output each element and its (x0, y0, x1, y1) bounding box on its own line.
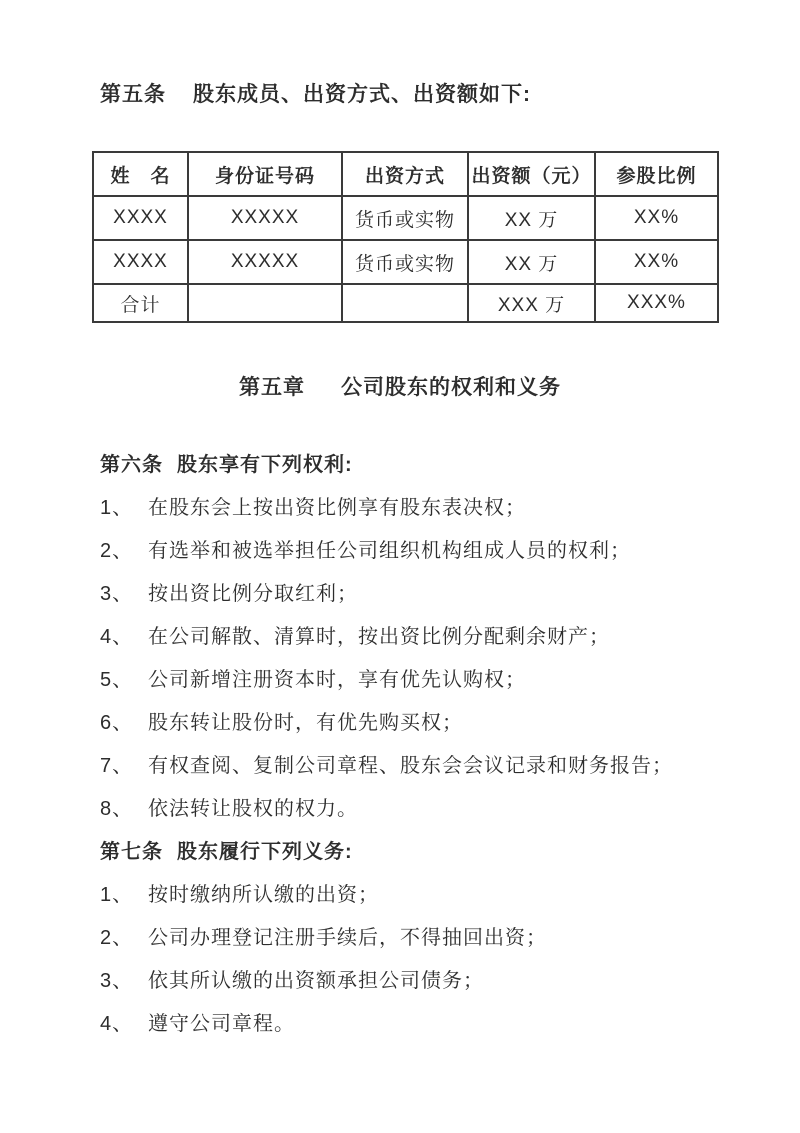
article-6-item-4: 4、在公司解散、清算时，按出资比例分配剩余财产； (100, 627, 740, 648)
item-number: 4、 (100, 1014, 148, 1035)
article-5-heading: 第五条股东成员、出资方式、出资额如下: (100, 78, 531, 108)
cell-contribution-amount: XX 万 (468, 196, 595, 240)
item-number: 1、 (100, 498, 148, 519)
header-contribution-amount: 出资额（元） (468, 152, 595, 196)
cell-total-amount: XXX 万 (468, 284, 595, 322)
header-contribution-method: 出资方式 (342, 152, 468, 196)
article-7-label: 第七条 (100, 841, 163, 863)
cell-contribution-method: 货币或实物 (342, 196, 468, 240)
document-body: 第六条股东享有下列权利: 1、在股东会上按出资比例享有股东表决权； 2、有选举和… (100, 455, 740, 1057)
cell-share-ratio: XX% (595, 196, 718, 240)
table-row: XXXX XXXXX 货币或实物 XX 万 XX% (93, 240, 718, 284)
item-number: 7、 (100, 756, 148, 777)
item-text: 有权查阅、复制公司章程、股东会会议记录和财务报告； (148, 755, 673, 777)
article-6-item-8: 8、依法转让股权的权力。 (100, 799, 740, 820)
item-text: 依法转让股权的权力。 (148, 798, 358, 820)
article-7-item-2: 2、公司办理登记注册手续后，不得抽回出资； (100, 928, 740, 949)
item-text: 在股东会上按出资比例享有股东表决权； (148, 497, 526, 519)
article-6-item-7: 7、有权查阅、复制公司章程、股东会会议记录和财务报告； (100, 756, 740, 777)
article-7-item-4: 4、遵守公司章程。 (100, 1014, 740, 1035)
cell-contribution-amount: XX 万 (468, 240, 595, 284)
article-6-item-1: 1、在股东会上按出资比例享有股东表决权； (100, 498, 740, 519)
article-7-text: 股东履行下列义务: (177, 841, 353, 863)
article-5-label: 第五条 (100, 83, 166, 106)
chapter-5-title: 公司股东的权利和义务 (341, 376, 561, 399)
header-id-number: 身份证号码 (188, 152, 342, 196)
item-text: 在公司解散、清算时，按出资比例分配剩余财产； (148, 626, 610, 648)
item-number: 2、 (100, 541, 148, 562)
item-number: 6、 (100, 713, 148, 734)
table-header-row: 姓 名 身份证号码 出资方式 出资额（元） 参股比例 (93, 152, 718, 196)
article-6-text: 股东享有下列权利: (177, 454, 353, 476)
item-text: 按时缴纳所认缴的出资； (148, 884, 379, 906)
item-number: 2、 (100, 928, 148, 949)
item-number: 4、 (100, 627, 148, 648)
item-text: 股东转让股份时，有优先购买权； (148, 712, 463, 734)
cell-empty (188, 284, 342, 322)
item-text: 按出资比例分取红利； (148, 583, 358, 605)
article-7-item-3: 3、依其所认缴的出资额承担公司债务； (100, 971, 740, 992)
header-name: 姓 名 (93, 152, 188, 196)
contribution-table: 姓 名 身份证号码 出资方式 出资额（元） 参股比例 XXXX XXXXX 货币… (92, 151, 719, 323)
cell-contribution-method: 货币或实物 (342, 240, 468, 284)
cell-total-label: 合计 (93, 284, 188, 322)
cell-share-ratio: XX% (595, 240, 718, 284)
cell-total-ratio: XXX% (595, 284, 718, 322)
article-6-item-5: 5、公司新增注册资本时，享有优先认购权； (100, 670, 740, 691)
item-text: 依其所认缴的出资额承担公司债务； (148, 970, 484, 992)
article-6-item-2: 2、有选举和被选举担任公司组织机构组成人员的权利； (100, 541, 740, 562)
cell-name: XXXX (93, 196, 188, 240)
item-number: 8、 (100, 799, 148, 820)
item-text: 公司办理登记注册手续后，不得抽回出资； (148, 927, 547, 949)
header-share-ratio: 参股比例 (595, 152, 718, 196)
article-7-item-1: 1、按时缴纳所认缴的出资； (100, 885, 740, 906)
item-text: 公司新增注册资本时，享有优先认购权； (148, 669, 526, 691)
cell-empty (342, 284, 468, 322)
item-number: 1、 (100, 885, 148, 906)
chapter-5-heading: 第五章公司股东的权利和义务 (0, 371, 800, 401)
item-text: 遵守公司章程。 (148, 1013, 295, 1035)
item-number: 3、 (100, 584, 148, 605)
article-6-heading: 第六条股东享有下列权利: (100, 455, 740, 476)
article-6-item-3: 3、按出资比例分取红利； (100, 584, 740, 605)
table-row: XXXX XXXXX 货币或实物 XX 万 XX% (93, 196, 718, 240)
article-6-item-6: 6、股东转让股份时，有优先购买权； (100, 713, 740, 734)
cell-id-number: XXXXX (188, 196, 342, 240)
cell-id-number: XXXXX (188, 240, 342, 284)
cell-name: XXXX (93, 240, 188, 284)
table-total-row: 合计 XXX 万 XXX% (93, 284, 718, 322)
chapter-5-label: 第五章 (239, 376, 305, 399)
article-7-heading: 第七条股东履行下列义务: (100, 842, 740, 863)
item-number: 3、 (100, 971, 148, 992)
item-number: 5、 (100, 670, 148, 691)
article-6-label: 第六条 (100, 454, 163, 476)
item-text: 有选举和被选举担任公司组织机构组成人员的权利； (148, 540, 631, 562)
article-5-text: 股东成员、出资方式、出资额如下: (193, 83, 531, 106)
document-page: 第五条股东成员、出资方式、出资额如下: 姓 名 身份证号码 出资方式 出资额（元… (0, 0, 800, 1133)
